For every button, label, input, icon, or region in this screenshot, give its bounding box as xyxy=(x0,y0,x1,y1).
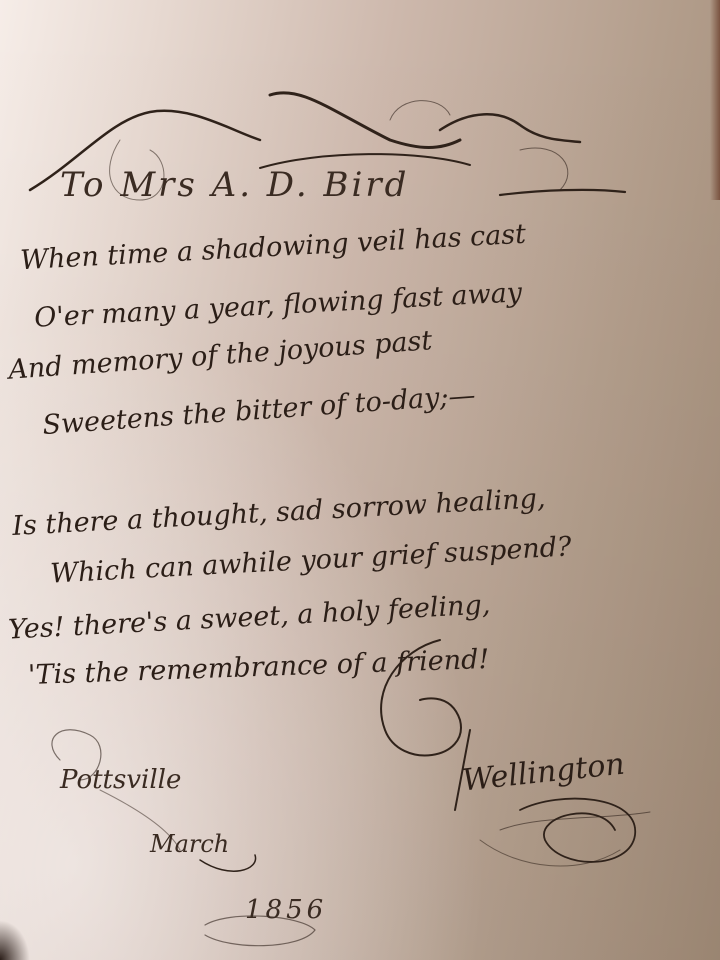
date-year: 1856 xyxy=(245,895,327,925)
place-name: Pottsville xyxy=(60,765,181,795)
calligraphy-flourishes xyxy=(0,0,720,960)
date-month: March xyxy=(150,830,229,858)
dedication-heading: To Mrs A. D. Bird xyxy=(60,165,409,205)
